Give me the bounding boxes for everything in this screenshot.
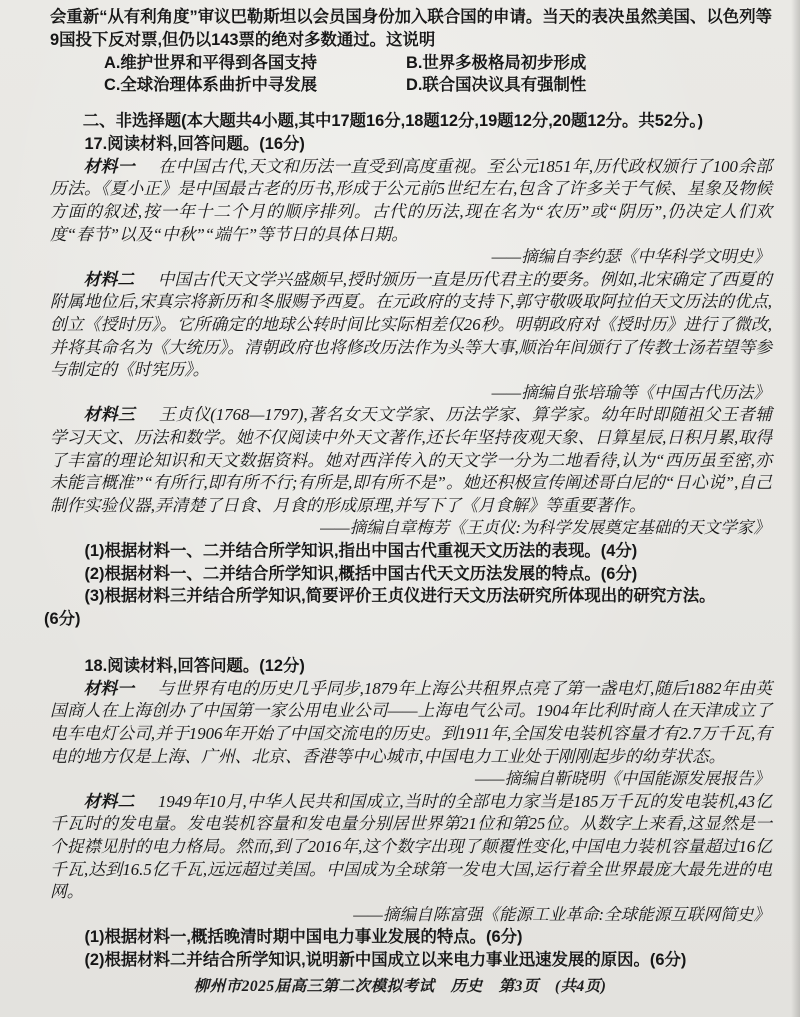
q18-material-2: 材料二1949年10月,中华人民共和国成立,当时的全部电力家当是185万千瓦的发…	[50, 791, 772, 904]
q18-material-2-source: ——摘编自陈富强《能源工业革命:全球能源互联网简史》	[50, 904, 772, 927]
q17-material-2: 材料二中国古代天文学兴盛颇早,授时颁历一直是历代君主的要务。例如,北宋确定了西夏…	[50, 269, 772, 382]
q17-material-3-source: ——摘编自章梅芳《王贞仪:为科学发展奠定基础的天文学家》	[50, 517, 772, 540]
q16-option-b: B.世界多极格局初步形成	[406, 52, 772, 75]
q18-material-1-label: 材料一	[84, 679, 135, 698]
exam-page-scan: 会重新“从有利角度”审议巴勒斯坦以会员国身份加入联合国的申请。当天的表决虽然美国…	[0, 0, 800, 1017]
scan-edge-shadow	[791, 0, 800, 1017]
q17-material-1: 材料一在中国古代,天文和历法一直受到高度重视。至公元1851年,历代政权颁行了1…	[50, 156, 772, 246]
q18-material-2-text: 1949年10月,中华人民共和国成立,当时的全部电力家当是185万千瓦的发电装机…	[50, 792, 772, 901]
q17-subquestion-1: (1)根据材料一、二并结合所学知识,指出中国古代重视天文历法的表现。(4分)	[50, 540, 772, 563]
q18-subquestion-1: (1)根据材料一,概括晚清时期中国电力事业发展的特点。(6分)	[50, 926, 772, 949]
q17-material-2-label: 材料二	[84, 270, 135, 289]
q16-option-a: A.维护世界和平得到各国支持	[104, 52, 406, 75]
q18-material-2-label: 材料二	[84, 792, 135, 811]
q17-material-3-label: 材料三	[84, 405, 136, 424]
q16-options: A.维护世界和平得到各国支持 B.世界多极格局初步形成 C.全球治理体系曲折中寻…	[104, 52, 772, 98]
q16-option-d: D.联合国决议具有强制性	[406, 74, 772, 97]
q16-options-row-2: C.全球治理体系曲折中寻发展 D.联合国决议具有强制性	[104, 74, 772, 97]
q17-material-1-text: 在中国古代,天文和历法一直受到高度重视。至公元1851年,历代政权颁行了100余…	[50, 157, 772, 244]
q18-material-1: 材料一与世界有电的历史几乎同步,1879年上海公共租界点亮了第一盏电灯,随后18…	[50, 678, 772, 768]
q18-subquestion-2: (2)根据材料二并结合所学知识,说明新中国成立以来电力事业迅速发展的原因。(6分…	[50, 949, 772, 972]
section-2-heading: 二、非选择题(本大题共4小题,其中17题16分,18题12分,19题12分,20…	[50, 110, 772, 133]
q17-intro: 17.阅读材料,回答问题。(16分)	[50, 133, 772, 156]
q16-options-row-1: A.维护世界和平得到各国支持 B.世界多极格局初步形成	[104, 52, 772, 75]
q16-stem: 会重新“从有利角度”审议巴勒斯坦以会员国身份加入联合国的申请。当天的表决虽然美国…	[50, 6, 772, 52]
q18-material-1-source: ——摘编自靳晓明《中国能源发展报告》	[50, 768, 772, 791]
page-content: 会重新“从有利角度”审议巴勒斯坦以会员国身份加入联合国的申请。当天的表决虽然美国…	[50, 6, 772, 972]
q17-material-1-label: 材料一	[84, 157, 135, 176]
q16-option-c: C.全球治理体系曲折中寻发展	[104, 74, 406, 97]
q17-subquestion-2: (2)根据材料一、二并结合所学知识,概括中国古代天文历法发展的特点。(6分)	[50, 563, 772, 586]
q17-material-3-text: 王贞仪(1768—1797),著名女天文学家、历法学家、算学家。幼年时即随祖父王…	[50, 405, 772, 514]
q18-material-1-text: 与世界有电的历史几乎同步,1879年上海公共租界点亮了第一盏电灯,随后1882年…	[50, 679, 772, 766]
page-footer: 柳州市2025届高三第二次模拟考试 历史 第3页 (共4页)	[0, 974, 800, 996]
q18-intro: 18.阅读材料,回答问题。(12分)	[50, 655, 772, 678]
q17-subquestion-3: (3)根据材料三并结合所学知识,简要评价王贞仪进行天文历法研究所体现出的研究方法…	[50, 585, 772, 608]
q17-material-1-source: ——摘编自李约瑟《中华科学文明史》	[50, 246, 772, 269]
q17-material-2-source: ——摘编自张培瑜等《中国古代历法》	[50, 382, 772, 405]
q17-subquestion-3-score: (6分)	[44, 608, 772, 631]
q17-material-2-text: 中国古代天文学兴盛颇早,授时颁历一直是历代君主的要务。例如,北宋确定了西夏的附属…	[50, 270, 772, 379]
q17-material-3: 材料三王贞仪(1768—1797),著名女天文学家、历法学家、算学家。幼年时即随…	[50, 404, 772, 517]
